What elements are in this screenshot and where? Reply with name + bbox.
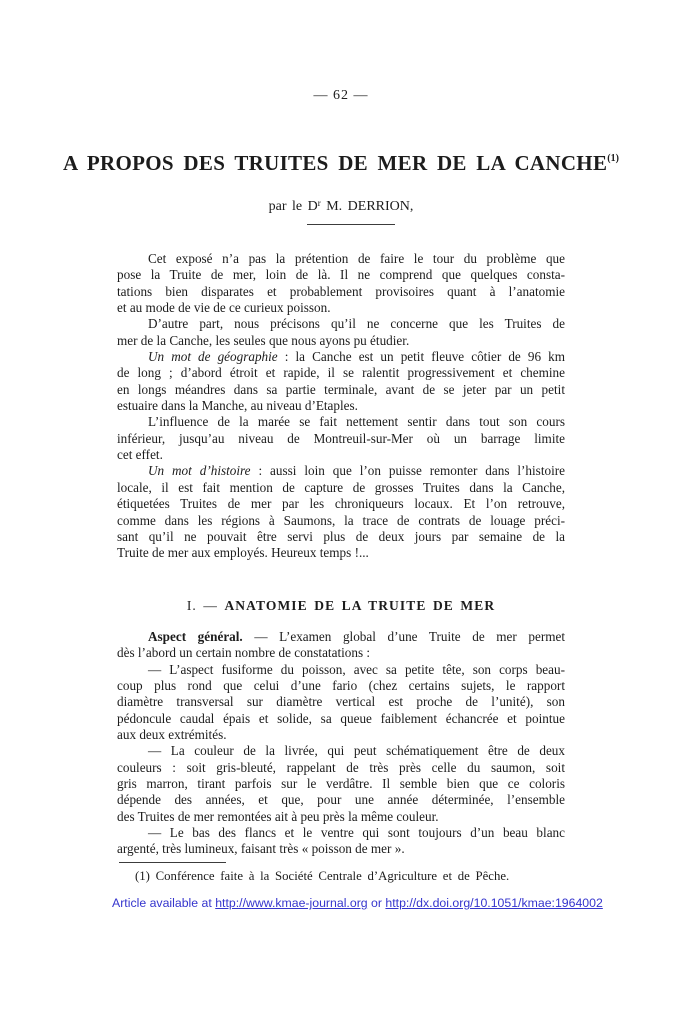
paragraph: D’autre part, nous précisons qu’il ne co… — [117, 316, 565, 349]
text-segment: comme dans les régions à Saumons, la tra… — [117, 513, 565, 528]
text-line: Cet exposé n’a pas la prétention de fair… — [117, 251, 565, 267]
text-segment: : aussi loin que l’on puisse remonter da… — [251, 463, 565, 478]
journal-link[interactable]: http://www.kmae-journal.org — [215, 896, 367, 910]
text-segment: dépende des années, et que, pour une ann… — [117, 792, 565, 807]
section-heading: I. — ANATOMIE DE LA TRUITE DE MER — [117, 598, 565, 614]
paragraph: L’influence de la marée se fait nettemen… — [117, 414, 565, 463]
text-line: — Le bas des flancs et le ventre qui son… — [117, 825, 565, 841]
text-line: L’influence de la marée se fait nettemen… — [117, 414, 565, 430]
text-segment: en longs méandres dans sa partie termina… — [117, 382, 565, 397]
text-line: des Truites de mer remontées ait à peu p… — [117, 809, 565, 825]
text-segment: diamètre transversal sur diamètre vertic… — [117, 694, 565, 709]
text-segment: et au mode de vie de ce curieux poisson. — [117, 300, 331, 315]
paragraph: Un mot d’histoire : aussi loin que l’on … — [117, 463, 565, 561]
text-line: couleurs : soit gris-bleuté, rappelant d… — [117, 760, 565, 776]
text-line: et au mode de vie de ce curieux poisson. — [117, 300, 565, 316]
text-segment: L’influence de la marée se fait nettemen… — [148, 414, 565, 429]
section-heading-numeral: I. — — [187, 598, 225, 613]
text-line: locale, il est fait mention de capture d… — [117, 480, 565, 496]
text-segment: couleurs : soit gris-bleuté, rappelant d… — [117, 760, 565, 775]
text-line: de long ; d’abord étroit et rapide, il s… — [117, 365, 565, 381]
text-line: cet effet. — [117, 447, 565, 463]
text-segment: étiquetées Truites de mer par les chroni… — [117, 496, 565, 511]
text-line: tations bien disparates et probablement … — [117, 284, 565, 300]
text-line: comme dans les régions à Saumons, la tra… — [117, 513, 565, 529]
byline-author: M. DERRION, — [321, 199, 414, 214]
section-heading-title: ANATOMIE DE LA TRUITE DE MER — [224, 598, 495, 613]
text-line: mer de la Canche, les seules que nous ay… — [117, 333, 565, 349]
body-text-part2: Aspect général. — L’examen global d’une … — [117, 629, 565, 858]
text-segment: locale, il est fait mention de capture d… — [117, 480, 565, 495]
text-segment: Un mot d’histoire — [148, 463, 251, 478]
text-segment: Aspect général. — [148, 629, 243, 644]
paragraph: — La couleur de la livrée, qui peut sché… — [117, 743, 565, 825]
page-number: — 62 — — [0, 88, 682, 104]
text-segment: D’autre part, nous précisons qu’il ne co… — [148, 316, 565, 331]
article-title-text: A PROPOS DES TRUITES DE MER DE LA CANCHE — [63, 151, 607, 175]
paragraph: Cet exposé n’a pas la prétention de fair… — [117, 251, 565, 316]
availability-footer: Article available at http://www.kmae-jou… — [112, 896, 672, 910]
text-segment: — L’examen global d’une Truite de mer pe… — [243, 629, 565, 644]
text-line: inférieur, jusqu’au niveau de Montreuil-… — [117, 431, 565, 447]
text-segment: tations bien disparates et probablement … — [117, 284, 565, 299]
paragraph: Un mot de géographie : la Canche est un … — [117, 349, 565, 414]
paragraph: — L’aspect fusiforme du poisson, avec sa… — [117, 662, 565, 744]
text-segment: aux deux extrémités. — [117, 727, 227, 742]
footnote-divider — [119, 862, 226, 863]
text-segment: argenté, très lumineux, faisant très « p… — [117, 841, 405, 856]
text-segment: estuaire dans la Manche, au niveau d’Eta… — [117, 398, 358, 413]
text-line: pose la Truite de mer, loin de là. Il ne… — [117, 267, 565, 283]
text-segment: pédoncule caudal épais et solide, sa que… — [117, 711, 565, 726]
text-line: Un mot de géographie : la Canche est un … — [117, 349, 565, 365]
text-line: dès l’abord un certain nombre de constat… — [117, 645, 565, 661]
text-line: argenté, très lumineux, faisant très « p… — [117, 841, 565, 857]
text-segment: coup plus rond que celui d’une fario (ch… — [117, 678, 565, 693]
text-line: — L’aspect fusiforme du poisson, avec sa… — [117, 662, 565, 678]
text-segment: des Truites de mer remontées ait à peu p… — [117, 809, 439, 824]
paragraph: — Le bas des flancs et le ventre qui son… — [117, 825, 565, 858]
text-line: — La couleur de la livrée, qui peut sché… — [117, 743, 565, 759]
title-footnote-ref: (1) — [607, 153, 619, 164]
text-segment: cet effet. — [117, 447, 163, 462]
text-line: sant qu’il ne pouvait être servi plus de… — [117, 529, 565, 545]
text-segment: — La couleur de la livrée, qui peut sché… — [148, 743, 565, 758]
text-line: pédoncule caudal épais et solide, sa que… — [117, 711, 565, 727]
text-segment: Truite de mer aux employés. Heureux temp… — [117, 545, 369, 560]
text-segment: — Le bas des flancs et le ventre qui son… — [148, 825, 565, 840]
footer-middle: or — [368, 896, 386, 910]
text-line: coup plus rond que celui d’une fario (ch… — [117, 678, 565, 694]
footer-prefix: Article available at — [112, 896, 215, 910]
text-segment: mer de la Canche, les seules que nous ay… — [117, 333, 409, 348]
journal-page: — 62 — A PROPOS DES TRUITES DE MER DE LA… — [0, 0, 682, 1024]
footnote: (1) Conférence faite à la Société Centra… — [117, 869, 565, 884]
text-line: gris marron, tirant parfois sur le verdâ… — [117, 776, 565, 792]
paragraph: Aspect général. — L’examen global d’une … — [117, 629, 565, 662]
body-text-part1: Cet exposé n’a pas la prétention de fair… — [117, 251, 565, 562]
text-line: estuaire dans la Manche, au niveau d’Eta… — [117, 398, 565, 414]
text-line: D’autre part, nous précisons qu’il ne co… — [117, 316, 565, 332]
text-segment: — L’aspect fusiforme du poisson, avec sa… — [148, 662, 565, 677]
text-line: Truite de mer aux employés. Heureux temp… — [117, 545, 565, 561]
text-segment: : la Canche est un petit fleuve côtier d… — [278, 349, 565, 364]
byline-prefix: par le D — [269, 199, 318, 214]
doi-link[interactable]: http://dx.doi.org/10.1051/kmae:1964002 — [385, 896, 602, 910]
text-segment: dès l’abord un certain nombre de constat… — [117, 645, 370, 660]
text-segment: de long ; d’abord étroit et rapide, il s… — [117, 365, 565, 380]
text-line: étiquetées Truites de mer par les chroni… — [117, 496, 565, 512]
byline-divider — [307, 224, 395, 225]
text-line: Aspect général. — L’examen global d’une … — [117, 629, 565, 645]
byline: par le Dr M. DERRION, — [0, 198, 682, 215]
text-line: en longs méandres dans sa partie termina… — [117, 382, 565, 398]
article-title: A PROPOS DES TRUITES DE MER DE LA CANCHE… — [0, 151, 682, 176]
text-line: Un mot d’histoire : aussi loin que l’on … — [117, 463, 565, 479]
text-segment: inférieur, jusqu’au niveau de Montreuil-… — [117, 431, 565, 446]
text-segment: gris marron, tirant parfois sur le verdâ… — [117, 776, 565, 791]
text-line: diamètre transversal sur diamètre vertic… — [117, 694, 565, 710]
text-segment: sant qu’il ne pouvait être servi plus de… — [117, 529, 565, 544]
text-segment: Un mot de géographie — [148, 349, 278, 364]
text-line: aux deux extrémités. — [117, 727, 565, 743]
text-segment: pose la Truite de mer, loin de là. Il ne… — [117, 267, 565, 282]
text-segment: Cet exposé n’a pas la prétention de fair… — [148, 251, 565, 266]
text-line: dépende des années, et que, pour une ann… — [117, 792, 565, 808]
